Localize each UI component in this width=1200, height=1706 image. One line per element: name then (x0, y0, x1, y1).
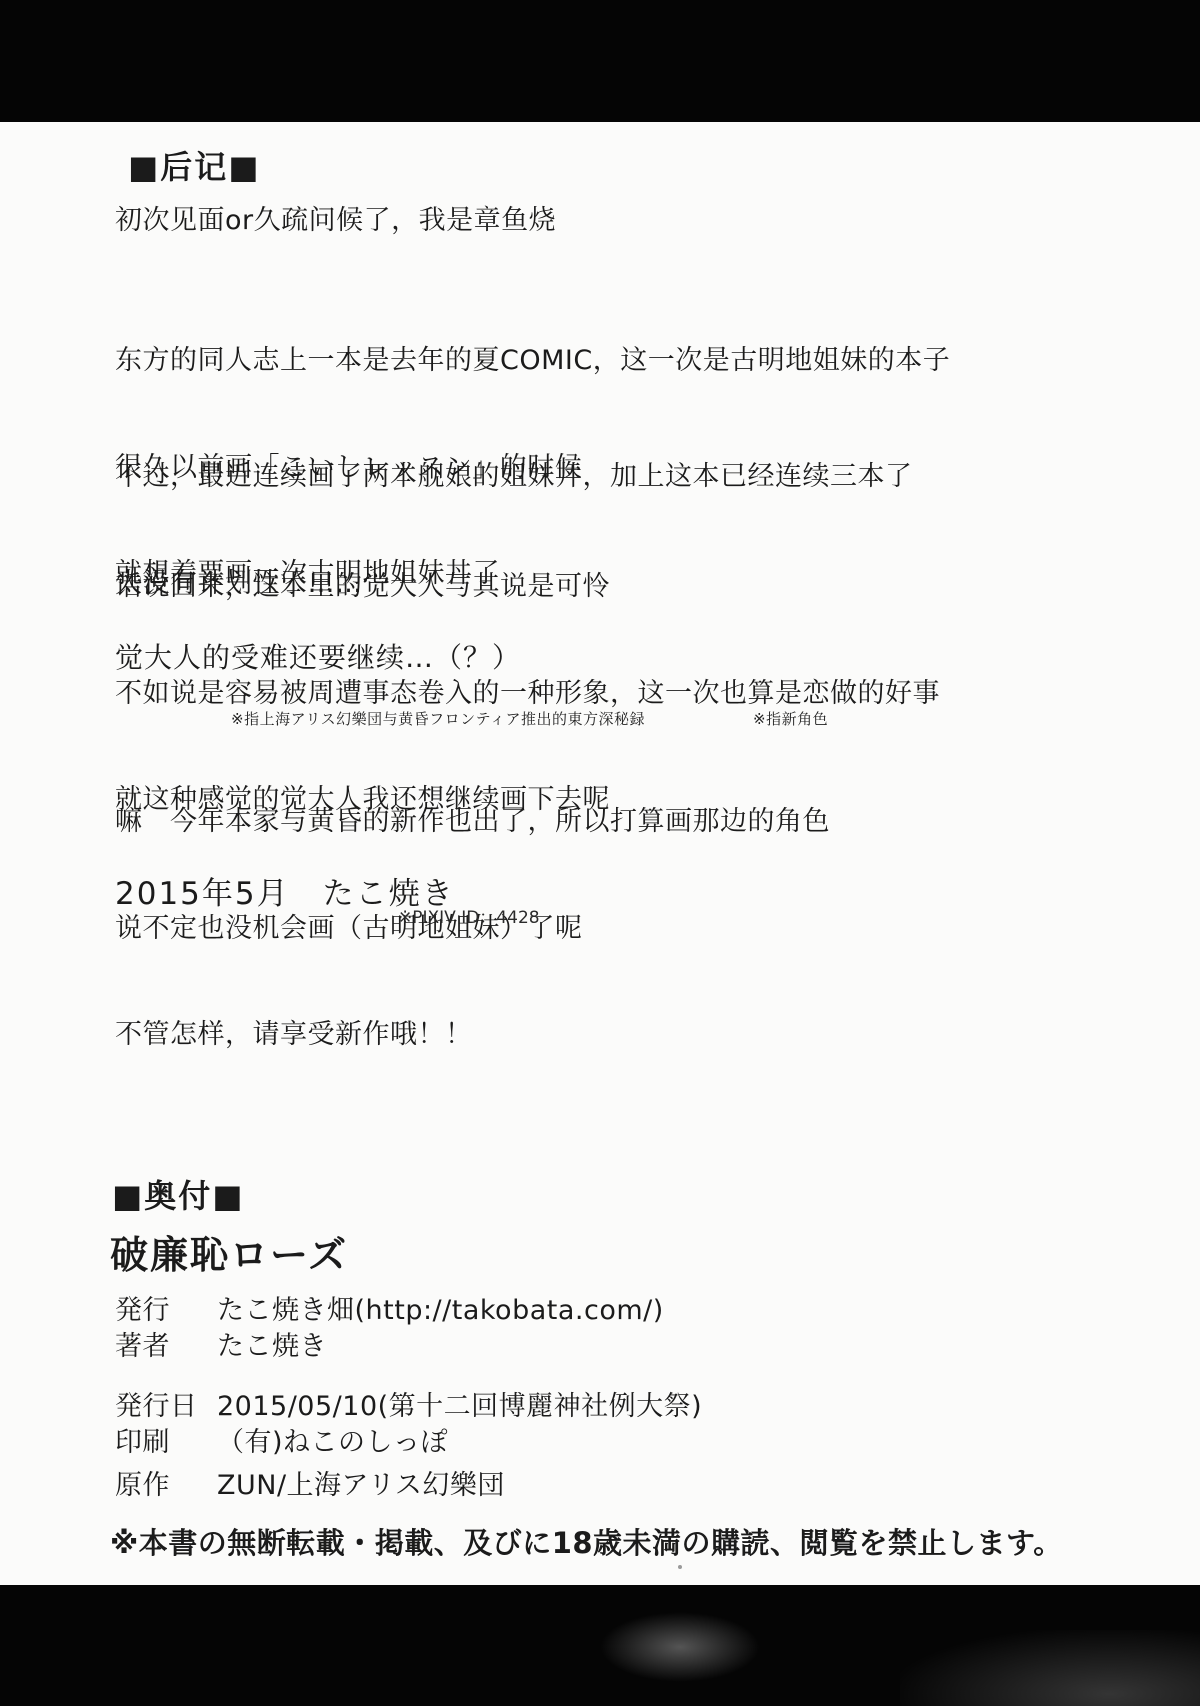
colophon-row: 発行日 2015/05/10(第十二回博麗神社例大祭) (115, 1389, 702, 1425)
colophon-label: 発行 (115, 1293, 217, 1329)
footnote-left: ※指上海アリス幻樂団与黄昏フロンティア推出的東方深秘録 (231, 708, 645, 729)
colophon-value: たこ焼き (217, 1329, 327, 1365)
colophon-row: 著者 たこ焼き (115, 1329, 664, 1365)
colophon-value: ZUN/上海アリス幻樂団 (217, 1468, 505, 1504)
colophon-label: 印刷 (115, 1425, 217, 1461)
text-line: 嘛 今年本家与黄昏的新作也出了，所以打算画那边的角色 (115, 804, 830, 840)
colophon-label: 原作 (115, 1468, 217, 1504)
afterword-heading: ■后记■ (128, 142, 260, 188)
colophon-row: 原作 ZUN/上海アリス幻樂団 (115, 1468, 505, 1504)
colophon-print-block: 発行日 2015/05/10(第十二回博麗神社例大祭) 印刷 （有)ねこのしっぽ (115, 1389, 702, 1461)
colophon-row: 発行 たこ焼き畑(http://takobata.com/) (115, 1293, 664, 1329)
footnote-right: ※指新角色 (753, 708, 828, 729)
colophon-value: たこ焼き畑(http://takobata.com/) (217, 1293, 664, 1329)
colophon-value: 2015/05/10(第十二回博麗神社例大祭) (217, 1389, 702, 1425)
colophon-row: 印刷 （有)ねこのしっぽ (115, 1425, 702, 1461)
text-line: 东方的同人志上一本是去年的夏COMIC，这一次是古明地姐妹的本子 (115, 343, 950, 379)
colophon-original-block: 原作 ZUN/上海アリス幻樂団 (115, 1468, 505, 1504)
scan-smudge (600, 1612, 760, 1682)
pixiv-id-note: ※PIXIV ID：4428 (398, 903, 540, 928)
colophon-label: 発行日 (115, 1389, 217, 1425)
text-line: 不如说是容易被周遭事态卷入的一种形象，这一次也算是恋做的好事 (115, 676, 940, 712)
book-title: 破廉恥ローズ (110, 1224, 348, 1279)
colophon-publisher-block: 発行 たこ焼き畑(http://takobata.com/) 著者 たこ焼き (115, 1293, 664, 1365)
scan-smudge (900, 1630, 1200, 1706)
afterword-line-suffering: 觉大人的受难还要继续…（？） (115, 640, 521, 676)
text-line: 不过，最近连续画了两本舰娘的姐妹丼，加上这本已经连续三本了 (115, 459, 913, 495)
text-line: 不管怎样，请享受新作哦！！ (115, 1017, 830, 1053)
age-restriction-disclaimer: ※本書の無断転載・掲載、及びに18歳未満の購読、閲覧を禁止します。 (110, 1521, 1063, 1562)
afterword-greeting: 初次见面or久疏问候了，我是章鱼烧 (115, 203, 556, 239)
colophon-heading: ■奥付■ (112, 1171, 244, 1217)
colophon-value: （有)ねこのしっぽ (217, 1425, 448, 1461)
text-line: 话说回来，这本里的觉大人与其说是可怜 (115, 569, 940, 605)
colophon-label: 著者 (115, 1329, 217, 1365)
scan-speck (678, 1565, 682, 1569)
